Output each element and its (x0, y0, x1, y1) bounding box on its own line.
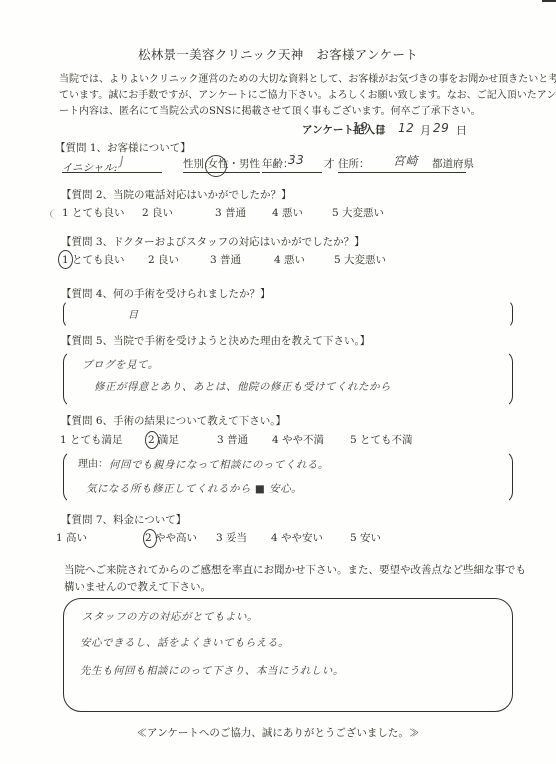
survey-title: 松林景一美容クリニック天神 お客様アンケート (0, 45, 556, 63)
q6-options: 1 とても満足 2 満足 3 普通 4 やや不満 5 とても不満 (60, 432, 520, 448)
q3-option-2[interactable]: 2 良い (148, 252, 179, 267)
q6-option-5[interactable]: 5 とても不満 (350, 432, 413, 447)
initial-label: イニシャル: (62, 162, 117, 174)
date-day-unit: 日 (456, 122, 467, 138)
address-value: 宮崎 (393, 152, 418, 169)
age-value: 33 (288, 153, 304, 167)
initial-value: J (120, 154, 124, 168)
gender-separator: ・ (229, 158, 240, 170)
q3-option-3[interactable]: 3 普通 (210, 252, 241, 267)
q7-option-3[interactable]: 3 妥当 (216, 530, 247, 545)
scan-edge-mark (542, 0, 556, 2)
q7-option-1[interactable]: 1 高い (56, 530, 87, 545)
initial-field[interactable]: イニシャル: J (62, 156, 162, 173)
date-year-value[interactable]: 19 (352, 120, 368, 134)
address-label: 住所： (338, 158, 370, 170)
date-day-value[interactable]: 29 (433, 121, 449, 135)
q2-option-4[interactable]: 4 悪い (272, 205, 303, 220)
q3-heading: 【質問 3、ドクターおよびスタッフの対応はいかがでしたか？】 (61, 234, 365, 249)
date-month-unit: 月 (420, 122, 431, 138)
q3-option-5[interactable]: 5 大変悪い (334, 252, 386, 267)
q2-option-2[interactable]: 2 良い (142, 205, 173, 220)
date-label: アンケート記入日 (302, 122, 385, 137)
q4-answer-box[interactable]: 目 (63, 300, 513, 328)
q3-options: 1 とても良い 2 良い 3 普通 4 悪い 5 大変悪い (60, 252, 520, 268)
comments-answer-line: 先生も何回も相談にのって下さり、本当にうれしい。 (80, 663, 344, 678)
selection-circle (143, 529, 157, 548)
intro-line: ート内容は、匿名にて当院公式のSNSに掲載させて頂く事もございます。何卒ご了承下… (59, 104, 519, 120)
comments-prompt-line: 構いませんので教えて下さい。 (64, 579, 526, 596)
intro-line: ています。誠にお手数ですが、アンケートにご協力下さい。よろしくお願い致します。な… (59, 88, 519, 104)
address-unit: 都道府県 (432, 156, 474, 171)
q3-option-4[interactable]: 4 悪い (274, 252, 305, 267)
q6-heading: 【質問 6、手術の結果について教えて下さい。】 (61, 413, 286, 428)
q6-reason-box[interactable]: 理由： 何回でも親身になって相談にのってくれる。 気になる所も修正してくれるから… (63, 450, 513, 504)
selection-circle (205, 155, 227, 177)
q7-options: 1 高い 2 やや高い 3 妥当 4 やや安い 5 安い (56, 530, 516, 546)
comments-prompt-line: 当院へご来院されてからのご感想を率直にお聞かせ下さい。また、要望や改善点など些細… (64, 562, 526, 579)
comments-answer-line: スタッフの方の対応がとてもよい。 (82, 609, 258, 624)
q6-reason-line: 何回でも親身になって相談にのってくれる。 (109, 457, 329, 472)
address-field[interactable]: 住所： 宮崎 都道府県 (338, 156, 466, 173)
selection-mark (50, 209, 63, 219)
selection-circle (145, 431, 159, 449)
q2-option-3[interactable]: 3 普通 (215, 205, 246, 220)
comments-answer-box[interactable]: スタッフの方の対応がとてもよい。 安心できるし、話をよくきいてもらえる。 先生も… (63, 598, 513, 712)
q7-option-5[interactable]: 5 安い (350, 530, 381, 545)
age-field[interactable]: 年齢： 33 (262, 156, 322, 173)
q6-option-1[interactable]: 1 とても満足 (60, 432, 123, 447)
q5-heading: 【質問 5、当院で手術を受けようと決めた理由を教えて下さい。】 (61, 333, 370, 348)
comments-prompt: 当院へご来院されてからのご感想を率直にお聞かせ下さい。また、要望や改善点など些細… (64, 562, 526, 596)
q1-heading: 【質問 1、お客様について】 (55, 140, 191, 155)
q2-option-5[interactable]: 5 大変悪い (332, 205, 384, 220)
intro-paragraph: 当院では、よりよいクリニック運営のための大切な資料として、お客様がお気づきの事を… (59, 72, 519, 120)
thanks-footer: ≪アンケートへのご協力、誠にありがとうございました。≫ (0, 725, 556, 740)
gender-option-male[interactable]: 男性 (239, 158, 260, 170)
date-month-value[interactable]: 12 (398, 121, 414, 135)
age-unit: 才 (324, 156, 335, 171)
q6-option-4[interactable]: 4 やや不満 (272, 432, 324, 447)
q6-option-3[interactable]: 3 普通 (217, 432, 248, 447)
gender-label: 性別: (183, 158, 208, 170)
date-year-unit: 年 (375, 122, 386, 138)
q5-answer-line: 修正が得意とあり、あとは、他院の修正も受けてくれたから (94, 379, 391, 394)
q6-reason-label: 理由： (78, 455, 108, 470)
comments-answer-line: 安心できるし、話をよくきいてもらえる。 (80, 635, 289, 650)
selection-circle (58, 250, 73, 269)
q5-answer-line: ブログを見て。 (82, 357, 159, 372)
q2-options: 1 とても良い 2 良い 3 普通 4 悪い 5 大変悪い (60, 205, 520, 221)
q5-answer-box[interactable]: ブログを見て。 修正が得意とあり、あとは、他院の修正も受けてくれたから (63, 350, 513, 408)
gender-option-female[interactable]: 女性 (208, 158, 229, 170)
q2-option-1[interactable]: 1 とても良い (62, 205, 125, 220)
q7-heading: 【質問 7、料金について】 (61, 512, 186, 527)
gender-field: 性別:女性・男性 (183, 156, 260, 173)
q4-answer: 目 (128, 306, 139, 321)
q6-reason-line: 気になる所も修正してくれるから ■ 安心。 (86, 481, 302, 496)
q7-option-4[interactable]: 4 やや安い (271, 530, 323, 545)
intro-line: 当院では、よりよいクリニック運営のための大切な資料として、お客様がお気づきの事を… (59, 72, 519, 88)
q4-heading: 【質問 4、何の手術を受けられましたか？】 (61, 286, 271, 301)
q2-heading: 【質問 2、当院の電話対応はいかがでしたか？】 (61, 187, 292, 202)
